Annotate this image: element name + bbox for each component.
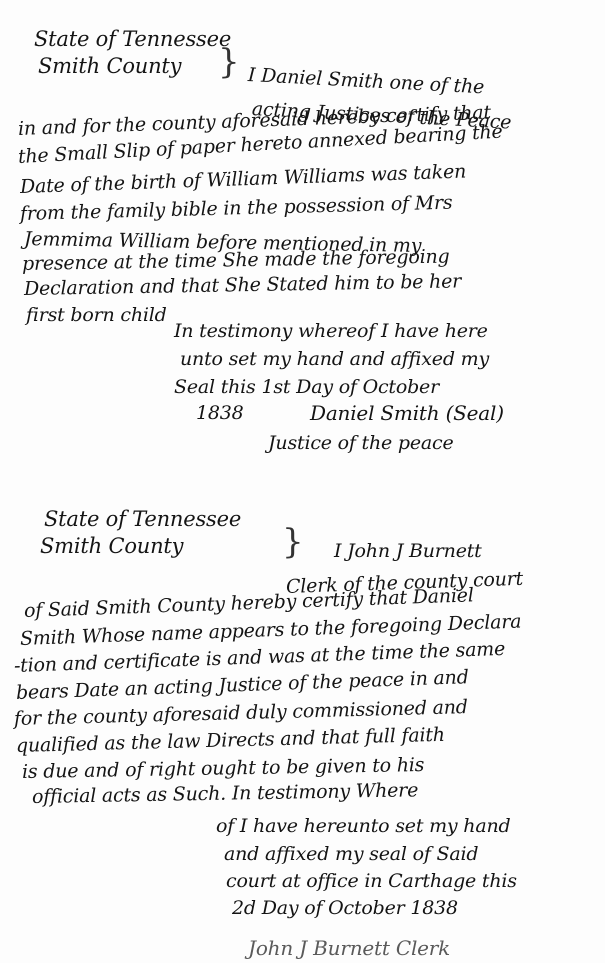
attestation-line: unto set my hand and affixed my — [180, 348, 489, 370]
attestation-line: and affixed my seal of Said — [224, 843, 478, 865]
attestation-line: 2d Day of October 1838 — [232, 897, 458, 919]
body-line: qualified as the law Directs and that fu… — [16, 724, 445, 757]
document-page: State of Tennessee Smith County } I Dani… — [0, 0, 605, 963]
body-line: official acts as Such. In testimony Wher… — [32, 779, 419, 808]
heading-county: Smith County — [40, 535, 183, 557]
body-line: first born child — [26, 304, 167, 326]
attestation-line: court at office in Carthage this — [226, 870, 517, 892]
body-line: I John J Burnett — [334, 540, 482, 562]
attestation-year: 1838 — [196, 402, 244, 424]
heading-county: Smith County — [38, 55, 181, 77]
signature-clerk: John J Burnett Clerk — [248, 937, 450, 959]
signatory-title: Justice of the peace — [268, 432, 454, 454]
heading-state: State of Tennessee — [44, 508, 241, 530]
attestation-line: Seal this 1st Day of October — [174, 376, 439, 398]
body-line: I Daniel Smith one of the — [247, 64, 484, 98]
body-line: is due and of right ought to be given to… — [22, 754, 425, 783]
heading-state: State of Tennessee — [34, 28, 231, 50]
brace-mark: } — [282, 522, 304, 562]
body-line: from the family bible in the possession … — [20, 192, 453, 225]
brace-mark: } — [218, 42, 240, 82]
attestation-line: In testimony whereof I have here — [174, 320, 488, 342]
body-line: Declaration and that She Stated him to b… — [24, 270, 461, 300]
signature-justice: Daniel Smith (Seal) — [310, 402, 504, 424]
attestation-line: of I have hereunto set my hand — [216, 815, 510, 837]
